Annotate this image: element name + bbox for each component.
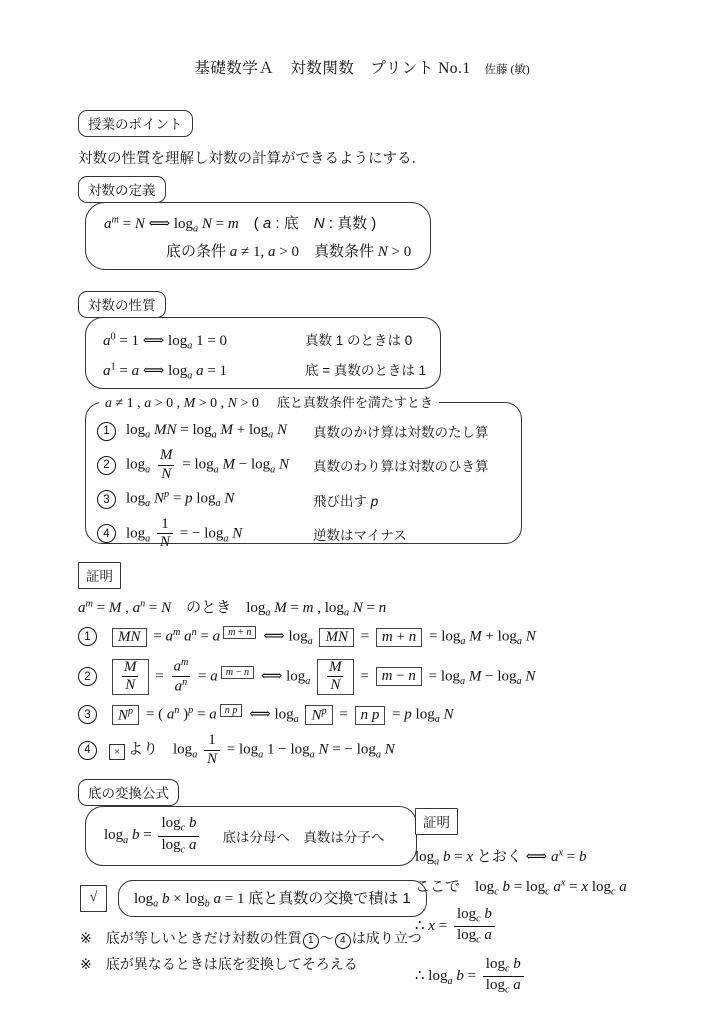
proof1-line: 4 ×より loga 1N = loga 1 − loga N = − loga… [78, 733, 395, 768]
footnote: ※ 底が等しいときだけ対数の性質1～4は成り立つ [80, 928, 422, 949]
worksheet-page: 基礎数学Ａ 対数関数 プリント No.1佐藤 (敏) 授業のポイント 対数の性質… [0, 0, 724, 1024]
point-text: 対数の性質を理解し対数の計算ができるようにする． [78, 147, 426, 168]
property-formula: a1 = a ⟺ loga a = 1 [103, 361, 305, 382]
log-rule-row: 1 loga MN = loga M + loga N 真数のかけ算は対数のたし… [97, 419, 511, 443]
checkmark-box-icon: √ [80, 885, 107, 912]
section-label-point: 授業のポイント [78, 110, 193, 137]
reciprocal-product-formula: loga b × logb a = 1 底と真数の交換で積は 1 [118, 880, 427, 917]
section-label-properties: 対数の性質 [78, 291, 166, 318]
proof-step-formula: ×より loga 1N = loga 1 − loga N = − loga N [109, 733, 395, 768]
rules-condition-math: a ≠ 1 , a > 0 , M > 0 , N > 0 [105, 396, 259, 411]
circled-number-icon: 2 [97, 456, 116, 475]
rule-note: 真数のかけ算は対数のたし算 [313, 421, 489, 441]
definition-box: am = N ⟺ loga N = m ( a : 底 N : 真数 ) 底の条… [85, 202, 431, 270]
proof1-line: 2 MN = aman = am − n ⟺ loga MN = m − n =… [78, 658, 535, 696]
proof-step-formula: MN = aman = am − n ⟺ loga MN = m − n = l… [109, 658, 535, 696]
circled-number-icon: 2 [78, 667, 97, 686]
rule-formula: loga Np = p loga N [126, 489, 313, 509]
rules-condition-text: 底と真数条件を満たすとき [277, 395, 433, 410]
circled-number-icon: 4 [78, 741, 97, 760]
circled-number-icon: 3 [97, 490, 116, 509]
proof2-column: 証明 loga b = x とおく ⟺ ax = b ここで logc b = … [415, 808, 715, 1006]
property-note: 底 = 真数のときは 1 [305, 359, 426, 379]
property-row: a0 = 1 ⟺ loga 1 = 0 真数 1 のときは 0 [103, 329, 440, 352]
proof1-intro: am = M , an = N のとき loga M = m , loga N … [78, 596, 386, 619]
proof2-line: ∴ loga b = logc blogc a [415, 957, 715, 997]
proof1-line: 1 MN = am an = am + n ⟺ loga MN = m + n … [78, 626, 536, 647]
section-definition: 対数の定義 [78, 176, 166, 203]
section-proof1: 証明 [78, 562, 121, 589]
base-change-formula: loga b = logc blogc a [104, 816, 202, 856]
base-change-note: 底は分母へ 真数は分子へ [222, 826, 384, 846]
author-name: 佐藤 (敏) [485, 64, 530, 76]
check-formula-row: √ loga b × logb a = 1 底と真数の交換で積は 1 [80, 880, 427, 917]
property-note: 真数 1 のときは 0 [305, 329, 412, 349]
page-title: 基礎数学Ａ 対数関数 プリント No.1 [194, 60, 470, 77]
log-rules-box: a ≠ 1 , a > 0 , M > 0 , N > 0 底と真数条件を満たす… [85, 392, 522, 544]
footnote: ※ 底が異なるときは底を変換してそろえる [80, 954, 358, 974]
circled-number-icon: 1 [97, 422, 116, 441]
circled-number-icon: 4 [97, 524, 116, 543]
proof2-line: loga b = x とおく ⟺ ax = b [415, 845, 715, 868]
property-formula: a0 = 1 ⟺ loga 1 = 0 [103, 331, 305, 352]
proof1-line: 3 Np = ( an )p = an p ⟺ loga Np = n p = … [78, 704, 454, 725]
base-change-box: loga b = logc blogc a 底は分母へ 真数は分子へ [85, 806, 417, 866]
section-properties: 対数の性質 [78, 291, 166, 318]
section-label-proof2: 証明 [415, 808, 458, 835]
log-rule-row: 3 loga Np = p loga N 飛び出す p [97, 488, 511, 512]
log-rule-row: 2 loga MN = loga M − loga N 真数のわり算は対数のひき… [97, 448, 511, 483]
section-base-change: 底の変換公式 [78, 779, 179, 806]
rules-condition-legend: a ≠ 1 , a > 0 , M > 0 , N > 0 底と真数条件を満たす… [99, 392, 439, 412]
rule-formula: loga 1N = − loga N [126, 517, 313, 552]
log-rule-row: 4 loga 1N = − loga N 逆数はマイナス [97, 517, 511, 552]
proof2-line: ここで logc b = logc ax = x logc a [415, 875, 715, 898]
page-header: 基礎数学Ａ 対数関数 プリント No.1佐藤 (敏) [0, 56, 724, 78]
proof-step-formula: MN = am an = am + n ⟺ loga MN = m + n = … [109, 626, 536, 647]
rule-note: 真数のわり算は対数のひき算 [313, 455, 489, 475]
rule-formula: loga MN = loga M − loga N [126, 448, 313, 483]
section-label-base-change: 底の変換公式 [78, 779, 179, 806]
rule-note: 逆数はマイナス [313, 524, 407, 544]
proof-step-formula: Np = ( an )p = an p ⟺ loga Np = n p = p … [109, 704, 454, 725]
circled-number-icon: 3 [78, 705, 97, 724]
rule-note: 飛び出す p [313, 490, 378, 510]
definition-conditions: 底の条件 a ≠ 1, a > 0 真数条件 N > 0 [166, 240, 430, 261]
rule-formula: loga MN = loga M + loga N [126, 422, 313, 441]
section-label-proof1: 証明 [78, 562, 121, 589]
property-row: a1 = a ⟺ loga a = 1 底 = 真数のときは 1 [103, 359, 440, 382]
section-point: 授業のポイント [78, 110, 193, 137]
proof2-line: ∴ x = logc blogc a [415, 907, 715, 947]
definition-formula: am = N ⟺ loga N = m ( a : 底 N : 真数 ) [104, 212, 430, 235]
circled-number-icon: 1 [78, 627, 97, 646]
section-label-definition: 対数の定義 [78, 176, 166, 203]
properties-box: a0 = 1 ⟺ loga 1 = 0 真数 1 のときは 0 a1 = a ⟺… [85, 317, 441, 389]
